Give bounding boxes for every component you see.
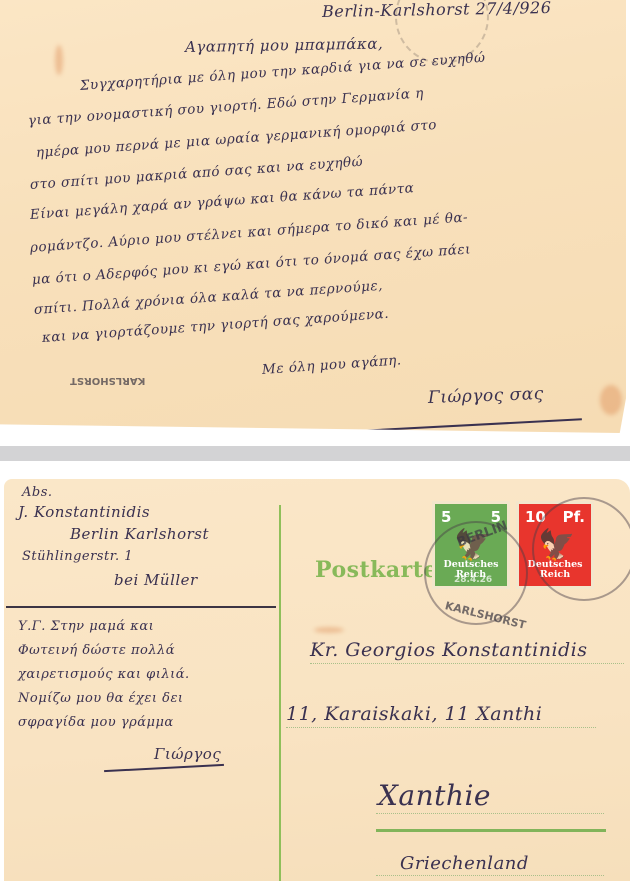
closing: Με όλη μου αγάπη.	[261, 352, 402, 378]
postcard-back: Abs. J. Konstantinidis Berlin Karlshorst…	[4, 479, 630, 881]
salutation: Αγαπητή μου μπαμπάκα,	[185, 35, 383, 56]
postcard-front: Berlin-Karlshorst 27/4/926 Αγαπητή μου μ…	[0, 0, 626, 433]
postmark-circle	[532, 497, 630, 601]
address-guide-line	[376, 875, 604, 876]
side-postmark: KARLSHORST	[70, 375, 145, 386]
recipient-city: Xanthie	[378, 779, 491, 812]
address-guide-line	[286, 727, 596, 728]
recipient-line: Kr. Georgios Konstantinidis	[310, 639, 588, 661]
stamp-value: 5	[441, 508, 451, 526]
address-guide-line	[310, 663, 624, 664]
signature: Γιώργος σας	[428, 384, 544, 408]
stamp-area: 5 5 🦅 Deutsches Reich 10 Pf. 🦅 Deutsches…	[4, 479, 630, 881]
stain	[314, 627, 344, 633]
city-underline	[376, 829, 606, 832]
signature-underline	[362, 418, 582, 431]
place-date: Berlin-Karlshorst 27/4/926	[322, 0, 552, 21]
stain	[600, 385, 622, 415]
recipient-line: 11, Karaiskaki, 11 Xanthi	[286, 703, 542, 725]
recipient-country: Griechenland	[400, 853, 529, 874]
separator-band	[0, 446, 630, 461]
stain	[55, 45, 63, 75]
postmark-date: 28.4.26	[454, 575, 492, 585]
address-guide-line	[376, 813, 604, 814]
body-line: Συγχαρητήρια με όλη μου την καρδιά για ν…	[79, 50, 486, 94]
